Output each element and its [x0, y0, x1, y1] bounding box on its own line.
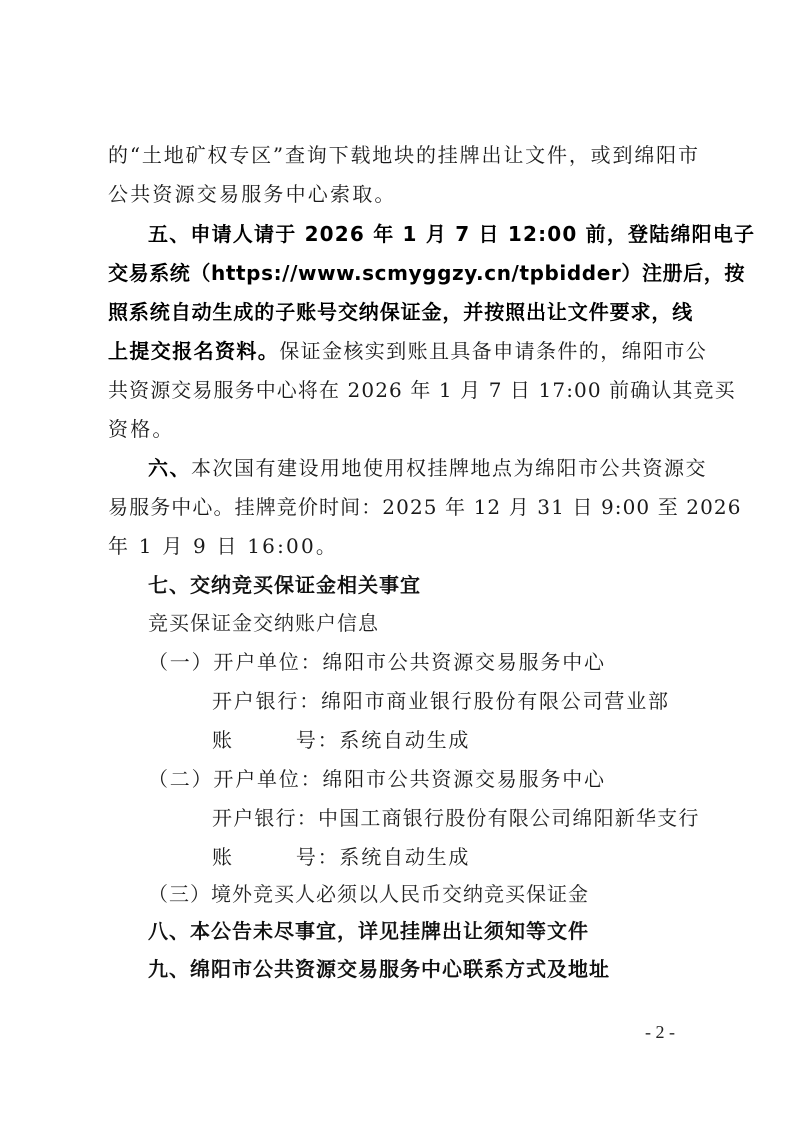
- account-2-number: 账号：系统自动生成: [212, 844, 793, 870]
- unit-value: 绵阳市公共资源交易服务中心: [322, 767, 605, 791]
- section-7-heading: 七、交纳竞买保证金相关事宜: [148, 572, 738, 598]
- section-5-line: 交易系统（https://www.scmyggzy.cn/tpbidder）注册…: [108, 260, 698, 286]
- section-6-line: 易服务中心。挂牌竞价时间：2025 年 12 月 31 日 9:00 至 202…: [108, 494, 698, 520]
- account-1-number: 账号：系统自动生成: [212, 727, 793, 753]
- plain-phrase: 保证金核实到账且具备申请条件的，绵阳市公: [279, 339, 707, 363]
- plain-phrase: 本次国有建设用地使用权挂牌地点为绵阳市公共资源交: [191, 456, 707, 480]
- section-5-line: 照系统自动生成的子账号交纳保证金，并按照出让文件要求，线: [108, 299, 698, 325]
- section-7-subheading: 竞买保证金交纳账户信息: [148, 610, 738, 636]
- paragraph-line: 的“土地矿权专区”查询下载地块的挂牌出让文件，或到绵阳市: [108, 142, 698, 168]
- unit-label: 开户单位：: [213, 767, 322, 791]
- account-note: （三）境外竞买人必须以人民币交纳竞买保证金: [148, 881, 738, 907]
- paragraph-line: 公共资源交易服务中心索取。: [108, 181, 698, 207]
- acct-label: 账: [212, 728, 234, 752]
- account-1-bank: 开户银行：绵阳市商业银行股份有限公司营业部: [212, 688, 793, 714]
- acct-label: 号：: [296, 845, 340, 869]
- bank-label: 开户银行：: [212, 689, 321, 713]
- unit-value: 绵阳市公共资源交易服务中心: [322, 650, 605, 674]
- unit-label: 开户单位：: [213, 650, 322, 674]
- acct-label: 账: [212, 845, 234, 869]
- section-5-line: 共资源交易服务中心将在 2026 年 1 月 7 日 17:00 前确认其竞买: [108, 377, 698, 403]
- section-9-heading: 九、绵阳市公共资源交易服务中心联系方式及地址: [148, 956, 738, 982]
- account-index: （二）: [148, 767, 213, 791]
- acct-value: 系统自动生成: [339, 728, 470, 752]
- bank-value: 中国工商银行股份有限公司绵阳新华支行: [318, 806, 700, 830]
- document-page: 的“土地矿权专区”查询下载地块的挂牌出让文件，或到绵阳市 公共资源交易服务中心索…: [0, 0, 793, 1122]
- section-6-line: 年 1 月 9 日 16:00。: [108, 533, 698, 559]
- account-1-unit: （一）开户单位：绵阳市公共资源交易服务中心: [148, 649, 738, 675]
- section-6-number: 六、: [148, 456, 191, 480]
- account-2-unit: （二）开户单位：绵阳市公共资源交易服务中心: [148, 766, 738, 792]
- section-5-line: 资格。: [108, 416, 698, 442]
- section-8-heading: 八、本公告未尽事宜，详见挂牌出让须知等文件: [148, 918, 738, 944]
- section-5-line: 五、申请人请于 2026 年 1 月 7 日 12:00 前，登陆绵阳电子: [148, 221, 698, 247]
- acct-label: 号：: [296, 728, 340, 752]
- section-5-line: 上提交报名资料。保证金核实到账且具备申请条件的，绵阳市公: [108, 338, 698, 364]
- section-6-line: 六、本次国有建设用地使用权挂牌地点为绵阳市公共资源交: [148, 455, 698, 481]
- acct-value: 系统自动生成: [339, 845, 470, 869]
- bold-phrase: 上提交报名资料。: [108, 339, 279, 363]
- page-number: - 2 -: [630, 1022, 690, 1043]
- bank-label: 开户银行：: [212, 806, 318, 830]
- account-2-bank: 开户银行：中国工商银行股份有限公司绵阳新华支行: [212, 805, 793, 831]
- account-index: （一）: [148, 650, 213, 674]
- bank-value: 绵阳市商业银行股份有限公司营业部: [321, 689, 670, 713]
